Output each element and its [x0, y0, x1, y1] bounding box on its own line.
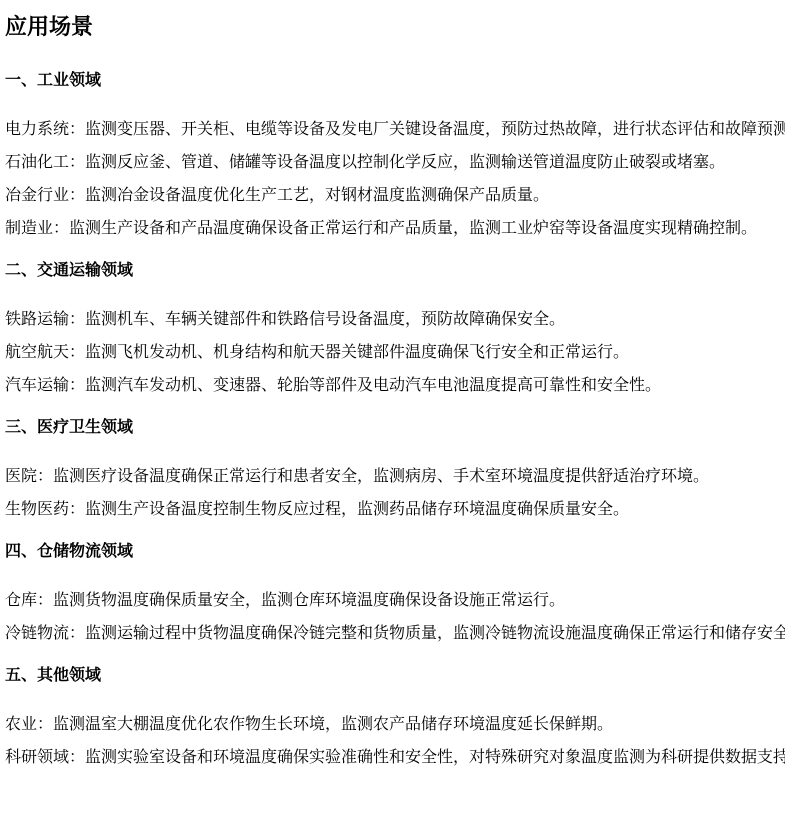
paragraph-cold-chain: 冷链物流：监测运输过程中货物温度确保冷链完整和货物质量，监测冷链物流设施温度确保…	[5, 624, 785, 643]
page-title: 应用场景	[5, 15, 785, 39]
paragraph-power-system: 电力系统：监测变压器、开关柜、电缆等设备及发电厂关键设备温度，预防过热故障，进行…	[5, 120, 785, 139]
section-heading-other: 五、其他领域	[5, 667, 785, 685]
paragraph-petrochemical: 石油化工：监测反应釜、管道、储罐等设备温度以控制化学反应，监测输送管道温度防止破…	[5, 153, 785, 172]
paragraph-aerospace: 航空航天：监测飞机发动机、机身结构和航天器关键部件温度确保飞行安全和正常运行。	[5, 343, 785, 362]
section-heading-transportation: 二、交通运输领域	[5, 262, 785, 280]
section-other: 五、其他领域 农业：监测温室大棚温度优化农作物生长环境，监测农产品储存环境温度延…	[5, 667, 785, 767]
document-page: 应用场景 一、工业领域 电力系统：监测变压器、开关柜、电缆等设备及发电厂关键设备…	[0, 0, 785, 819]
paragraph-hospital: 医院：监测医疗设备温度确保正常运行和患者安全，监测病房、手术室环境温度提供舒适治…	[5, 467, 785, 486]
paragraph-biomedicine: 生物医药：监测生产设备温度控制生物反应过程，监测药品储存环境温度确保质量安全。	[5, 500, 785, 519]
paragraph-warehouse: 仓库：监测货物温度确保质量安全，监测仓库环境温度确保设备设施正常运行。	[5, 591, 785, 610]
section-medical: 三、医疗卫生领域 医院：监测医疗设备温度确保正常运行和患者安全，监测病房、手术室…	[5, 419, 785, 519]
section-heading-logistics: 四、仓储物流领域	[5, 543, 785, 561]
paragraph-research: 科研领域：监测实验室设备和环境温度确保实验准确性和安全性，对特殊研究对象温度监测…	[5, 748, 785, 767]
section-industrial: 一、工业领域 电力系统：监测变压器、开关柜、电缆等设备及发电厂关键设备温度，预防…	[5, 72, 785, 238]
section-heading-medical: 三、医疗卫生领域	[5, 419, 785, 437]
section-transportation: 二、交通运输领域 铁路运输：监测机车、车辆关键部件和铁路信号设备温度，预防故障确…	[5, 262, 785, 395]
section-heading-industrial: 一、工业领域	[5, 72, 785, 90]
paragraph-railway: 铁路运输：监测机车、车辆关键部件和铁路信号设备温度，预防故障确保安全。	[5, 310, 785, 329]
paragraph-manufacturing: 制造业：监测生产设备和产品温度确保设备正常运行和产品质量，监测工业炉窑等设备温度…	[5, 219, 785, 238]
section-logistics: 四、仓储物流领域 仓库：监测货物温度确保质量安全，监测仓库环境温度确保设备设施正…	[5, 543, 785, 643]
paragraph-metallurgy: 冶金行业：监测冶金设备温度优化生产工艺，对钢材温度监测确保产品质量。	[5, 186, 785, 205]
paragraph-automotive: 汽车运输：监测汽车发动机、变速器、轮胎等部件及电动汽车电池温度提高可靠性和安全性…	[5, 376, 785, 395]
paragraph-agriculture: 农业：监测温室大棚温度优化农作物生长环境，监测农产品储存环境温度延长保鲜期。	[5, 715, 785, 734]
